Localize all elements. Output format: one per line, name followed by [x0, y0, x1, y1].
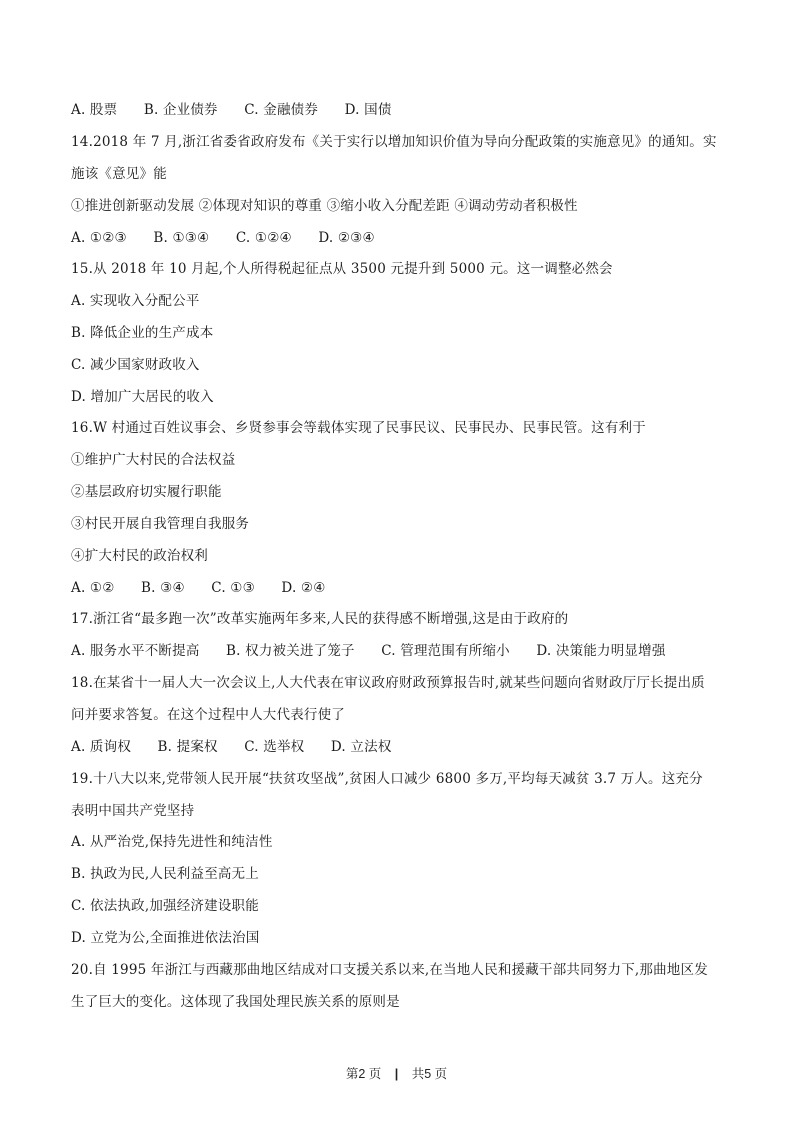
q14-option-c: C. ①②④ — [236, 229, 292, 247]
q16-statement-2: ②基层政府切实履行职能 — [71, 483, 222, 501]
q18-options: A. 质询权 B. 提案权 C. 选举权 D. 立法权 — [71, 738, 414, 756]
footer-separator: | — [395, 1067, 399, 1081]
q13-option-a: A. 股票 — [71, 101, 117, 119]
q16-option-d: D. ②④ — [281, 579, 325, 597]
q18-option-d: D. 立法权 — [331, 738, 392, 756]
q18-option-c: C. 选举权 — [244, 738, 304, 756]
q14-option-a: A. ①②③ — [71, 229, 127, 247]
q20-stem-line1: 20.自 1995 年浙江与西藏那曲地区结成对口支援关系以来,在当地人民和援藏干… — [71, 961, 708, 979]
q16-option-c: C. ①③ — [211, 579, 255, 597]
q19-stem-line1: 19.十八大以来,党带领人民开展“扶贫攻坚战”,贫困人口减少 6800 多万,平… — [71, 770, 703, 788]
q15-stem: 15.从 2018 年 10 月起,个人所得税起征点从 3500 元提升到 50… — [71, 260, 613, 278]
page-footer: 第2 页 | 共5 页 — [0, 1064, 793, 1082]
current-page-label: 第2 页 — [346, 1067, 381, 1081]
q14-stem-line1: 14.2018 年 7 月,浙江省委省政府发布《关于实行以增加知识价值为导向分配… — [71, 133, 717, 151]
q17-options: A. 服务水平不断提高 B. 权力被关进了笼子 C. 管理范围有所缩小 D. 决… — [71, 642, 688, 660]
q16-statement-1: ①维护广大村民的合法权益 — [71, 451, 235, 469]
q17-option-b: B. 权力被关进了笼子 — [226, 642, 355, 660]
q14-option-d: D. ②③④ — [318, 229, 374, 247]
total-pages-label: 共5 页 — [412, 1067, 447, 1081]
q16-option-a: A. ①② — [71, 579, 115, 597]
q16-statement-3: ③村民开展自我管理自我服务 — [71, 515, 249, 533]
q13-option-b: B. 企业债券 — [144, 101, 218, 119]
q18-option-b: B. 提案权 — [158, 738, 218, 756]
q15-option-d: D. 增加广大居民的收入 — [71, 388, 214, 406]
q18-stem-line1: 18.在某省十一届人大一次会议上,人大代表在审议政府财政预算报告时,就某些问题向… — [71, 674, 705, 692]
q14-options: A. ①②③ B. ①③④ C. ①②④ D. ②③④ — [71, 229, 397, 247]
q19-option-b: B. 执政为民,人民利益至高无上 — [71, 865, 259, 883]
exam-page: A. 股票 B. 企业债券 C. 金融债券 D. 国债 14.2018 年 7 … — [0, 0, 793, 1122]
q17-option-d: D. 决策能力明显增强 — [536, 642, 665, 660]
q14-stem-line2: 施该《意见》能 — [71, 165, 167, 183]
q15-option-a: A. 实现收入分配公平 — [71, 292, 200, 310]
q14-option-b: B. ①③④ — [153, 229, 209, 247]
q15-option-b: B. 降低企业的生产成本 — [71, 324, 213, 342]
q16-option-b: B. ③④ — [141, 579, 185, 597]
q17-option-c: C. 管理范围有所缩小 — [381, 642, 510, 660]
q20-stem-line2: 生了巨大的变化。这体现了我国处理民族关系的原则是 — [71, 993, 400, 1011]
q14-statements: ①推进创新驱动发展 ②体现对知识的尊重 ③缩小收入分配差距 ④调动劳动者积极性 — [71, 197, 578, 215]
q17-stem: 17.浙江省“最多跑一次”改革实施两年多来,人民的获得感不断增强,这是由于政府的 — [71, 610, 568, 628]
q18-option-a: A. 质询权 — [71, 738, 131, 756]
q17-option-a: A. 服务水平不断提高 — [71, 642, 200, 660]
q13-options: A. 股票 B. 企业债券 C. 金融债券 D. 国债 — [71, 101, 414, 119]
q16-options: A. ①② B. ③④ C. ①③ D. ②④ — [71, 579, 348, 597]
q19-option-c: C. 依法执政,加强经济建设职能 — [71, 897, 259, 915]
q16-statement-4: ④扩大村民的政治权利 — [71, 547, 208, 565]
q16-stem: 16.W 村通过百姓议事会、乡贤参事会等载体实现了民事民议、民事民办、民事民管。… — [71, 419, 646, 437]
q15-option-c: C. 减少国家财政收入 — [71, 356, 200, 374]
q13-option-c: C. 金融债券 — [244, 101, 318, 119]
q18-stem-line2: 问并要求答复。在这个过程中人大代表行使了 — [71, 706, 345, 724]
q19-stem-line2: 表明中国共产党坚持 — [71, 802, 194, 820]
q13-option-d: D. 国债 — [345, 101, 392, 119]
q19-option-d: D. 立党为公,全面推进依法治国 — [71, 929, 259, 947]
q19-option-a: A. 从严治党,保持先进性和纯洁性 — [71, 833, 273, 851]
